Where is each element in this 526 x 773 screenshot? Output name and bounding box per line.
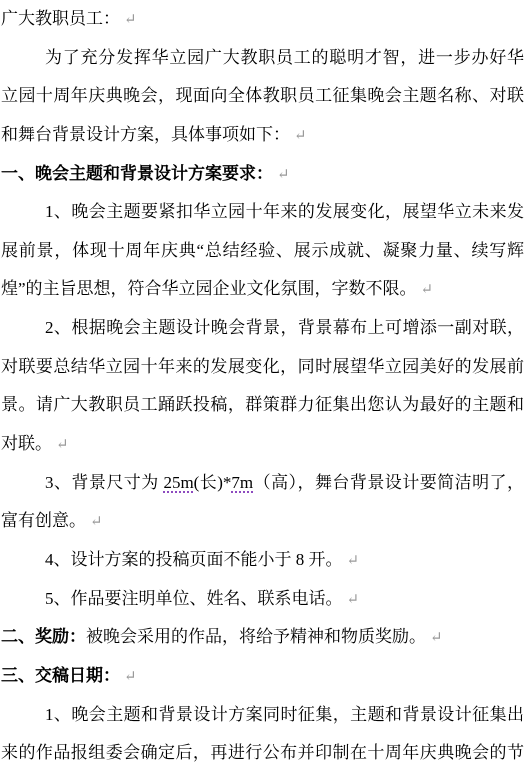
paragraph-requirement-1-theme: 1、晚会主题要紧扣华立园十年来的发展变化，展望华立未来发展前景，体现十周年庆典“… bbox=[1, 193, 524, 309]
text-segment: 为了充分发挥华立园广大教职员工的聪明才智，进一步办好华 bbox=[45, 48, 524, 67]
text-line: 2、根据晚会主题设计晚会背景，背景幕布上可增添一副对联， bbox=[1, 309, 524, 348]
text-line: 1、晚会主题和背景设计方案同时征集，主题和背景设计征集出 bbox=[1, 696, 524, 735]
text-segment: 展前景，体现十周年庆典“总结经验、展示成就、凝聚力量、续写辉 bbox=[1, 241, 524, 260]
text-line: 三、交稿日期：↵ bbox=[1, 657, 524, 696]
paragraph-requirement-2-background-couplet: 2、根据晚会主题设计晚会背景，背景幕布上可增添一副对联，对联要总结华立园十年来的… bbox=[1, 309, 524, 464]
text-line: 对联。↵ bbox=[1, 425, 524, 464]
text-line: 富有创意。↵ bbox=[1, 502, 524, 541]
paragraph-mark-icon: ↵ bbox=[90, 514, 103, 530]
text-segment: 2、根据晚会主题设计晚会背景，背景幕布上可增添一副对联， bbox=[45, 318, 524, 337]
paragraph-mark-icon: ↵ bbox=[347, 592, 360, 608]
paragraph-mark-icon: ↵ bbox=[294, 128, 307, 144]
text-segment: (长)* bbox=[194, 473, 232, 492]
text-segment: 和舞台背景设计方案，具体事项如下： bbox=[1, 125, 290, 144]
text-segment: 广大教职员工： bbox=[1, 9, 120, 28]
text-line: 二、奖励：被晚会采用的作品，将给予精神和物质奖励。↵ bbox=[1, 618, 524, 657]
text-line: 立园十周年庆典晚会，现面向全体教职员工征集晚会主题名称、对联 bbox=[1, 77, 524, 116]
text-segment: 二、奖励： bbox=[1, 627, 86, 646]
paragraph-mark-icon: ↵ bbox=[124, 12, 137, 28]
text-line: 3、背景尺寸为 25m(长)*7m（高），舞台背景设计要简洁明了， bbox=[1, 464, 524, 503]
paragraph-deadline-1-collection: 1、晚会主题和背景设计方案同时征集，主题和背景设计征集出来的作品报组委会确定后，… bbox=[1, 696, 524, 773]
paragraph-mark-icon: ↵ bbox=[430, 630, 443, 646]
paragraph-mark-icon: ↵ bbox=[277, 167, 290, 183]
text-segment: 1、晚会主题要紧扣华立园十年来的发展变化，展望华立未来发 bbox=[45, 202, 524, 221]
text-segment: 煌”的主旨思想，符合华立园企业文化氛围，字数不限。 bbox=[1, 279, 417, 298]
paragraph-heading-requirements: 一、晚会主题和背景设计方案要求：↵ bbox=[1, 155, 524, 194]
text-line: 5、作品要注明单位、姓名、联系电话。↵ bbox=[1, 580, 524, 619]
paragraph-requirement-5-contact-info: 5、作品要注明单位、姓名、联系电话。↵ bbox=[1, 580, 524, 619]
text-segment: 三、交稿日期： bbox=[1, 666, 120, 685]
text-segment: 4、设计方案的投稿页面不能小于 8 开。 bbox=[45, 550, 343, 569]
paragraph-salutation: 广大教职员工：↵ bbox=[1, 0, 524, 39]
text-line: 广大教职员工：↵ bbox=[1, 0, 524, 39]
text-segment: 一、晚会主题和背景设计方案要求： bbox=[1, 164, 273, 183]
text-segment: 5、作品要注明单位、姓名、联系电话。 bbox=[45, 589, 343, 608]
text-line: 为了充分发挥华立园广大教职员工的聪明才智，进一步办好华 bbox=[1, 39, 524, 78]
paragraph-heading-reward: 二、奖励：被晚会采用的作品，将给予精神和物质奖励。↵ bbox=[1, 618, 524, 657]
spellcheck-underlined-text: 7m bbox=[231, 473, 253, 492]
text-line: 来的作品报组委会确定后，再进行公布并印制在十周年庆典晚会的节 bbox=[1, 734, 524, 773]
text-line: 展前景，体现十周年庆典“总结经验、展示成就、凝聚力量、续写辉 bbox=[1, 232, 524, 271]
spellcheck-underlined-text: 25m bbox=[163, 473, 193, 492]
text-segment: 对联。 bbox=[1, 434, 52, 453]
paragraph-requirement-3-size: 3、背景尺寸为 25m(长)*7m（高），舞台背景设计要简洁明了，富有创意。↵ bbox=[1, 464, 524, 541]
text-line: 煌”的主旨思想，符合华立园企业文化氛围，字数不限。↵ bbox=[1, 270, 524, 309]
text-line: 和舞台背景设计方案，具体事项如下：↵ bbox=[1, 116, 524, 155]
text-segment: 被晚会采用的作品，将给予精神和物质奖励。 bbox=[86, 627, 426, 646]
text-segment: （高），舞台背景设计要简洁明了， bbox=[253, 473, 524, 492]
paragraph-requirement-4-page-size: 4、设计方案的投稿页面不能小于 8 开。↵ bbox=[1, 541, 524, 580]
text-segment: 对联要总结华立园十年来的发展变化，同时展望华立园美好的发展前 bbox=[1, 357, 524, 376]
text-segment: 富有创意。 bbox=[1, 511, 86, 530]
paragraph-mark-icon: ↵ bbox=[124, 669, 137, 685]
document-page: 广大教职员工：↵为了充分发挥华立园广大教职员工的聪明才智，进一步办好华立园十周年… bbox=[0, 0, 526, 773]
text-line: 一、晚会主题和背景设计方案要求：↵ bbox=[1, 155, 524, 194]
paragraph-intro: 为了充分发挥华立园广大教职员工的聪明才智，进一步办好华立园十周年庆典晚会，现面向… bbox=[1, 39, 524, 155]
text-segment: 来的作品报组委会确定后，再进行公布并印制在十周年庆典晚会的节 bbox=[1, 743, 524, 762]
text-segment: 立园十周年庆典晚会，现面向全体教职员工征集晚会主题名称、对联 bbox=[1, 86, 524, 105]
paragraph-mark-icon: ↵ bbox=[421, 282, 434, 298]
paragraph-mark-icon: ↵ bbox=[347, 553, 360, 569]
text-line: 4、设计方案的投稿页面不能小于 8 开。↵ bbox=[1, 541, 524, 580]
paragraph-mark-icon: ↵ bbox=[56, 437, 69, 453]
paragraph-heading-deadline: 三、交稿日期：↵ bbox=[1, 657, 524, 696]
text-segment: 1、晚会主题和背景设计方案同时征集，主题和背景设计征集出 bbox=[45, 705, 524, 724]
text-line: 1、晚会主题要紧扣华立园十年来的发展变化，展望华立未来发 bbox=[1, 193, 524, 232]
text-segment: 3、背景尺寸为 bbox=[45, 473, 163, 492]
text-line: 对联要总结华立园十年来的发展变化，同时展望华立园美好的发展前 bbox=[1, 348, 524, 387]
text-line: 景。请广大教职员工踊跃投稿，群策群力征集出您认为最好的主题和 bbox=[1, 386, 524, 425]
text-segment: 景。请广大教职员工踊跃投稿，群策群力征集出您认为最好的主题和 bbox=[1, 395, 524, 414]
